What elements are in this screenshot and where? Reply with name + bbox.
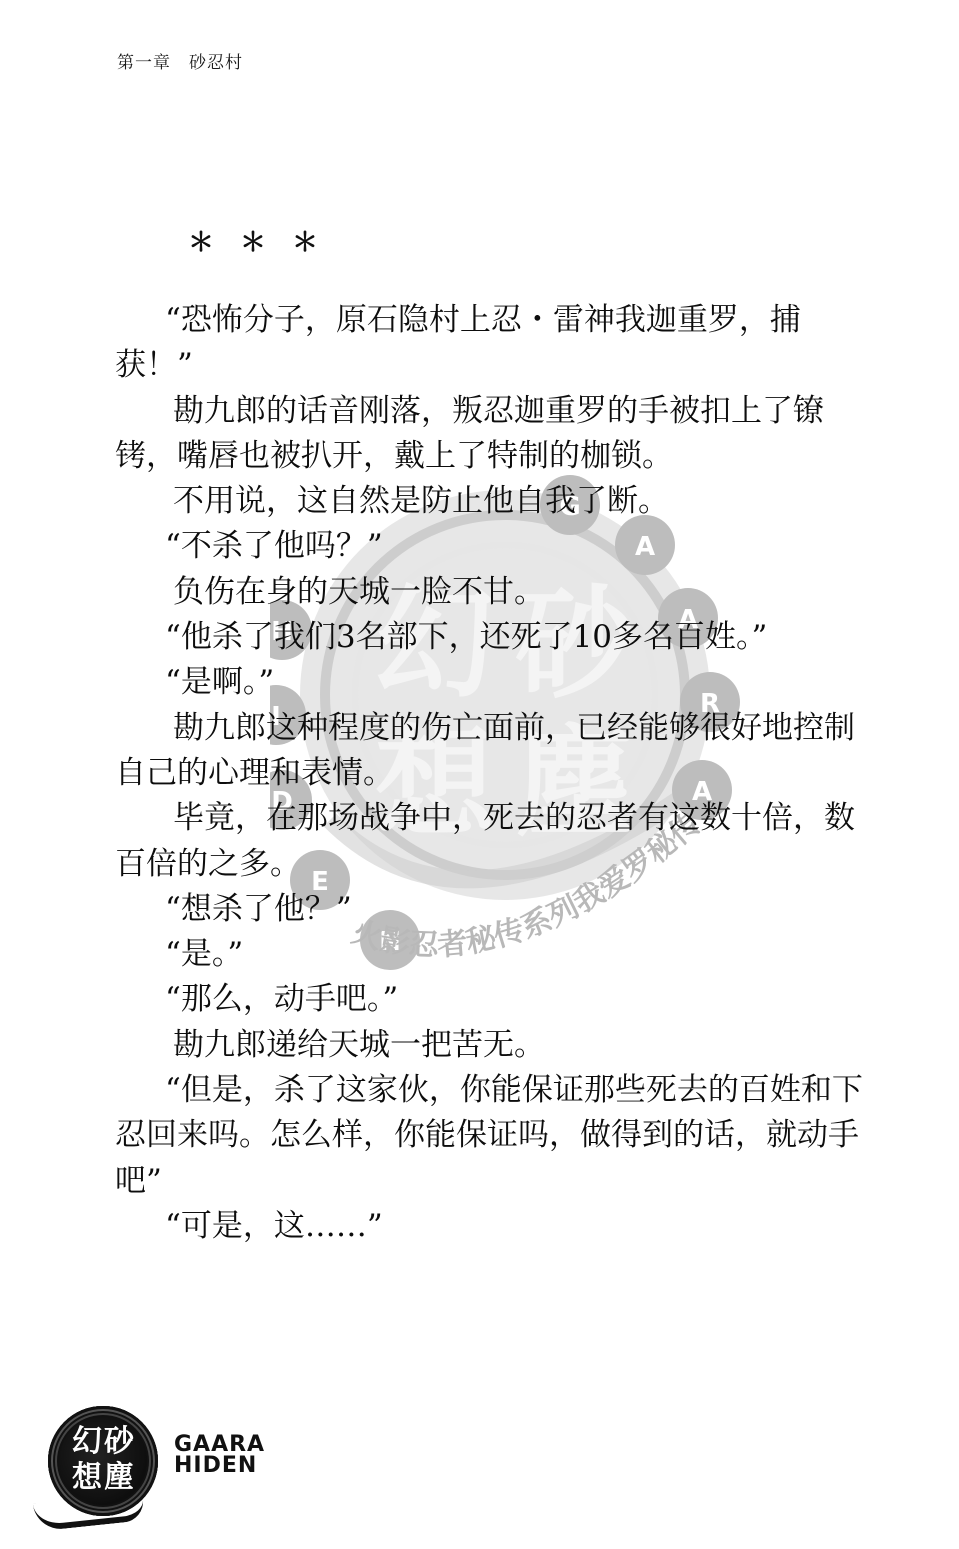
- logo-chars-line2: 想塵: [62, 1460, 146, 1496]
- paragraph: “想杀了他？”: [115, 887, 867, 932]
- logo-chars-line1: 幻砂: [62, 1424, 146, 1460]
- paragraph: “那么，动手吧。”: [115, 977, 867, 1022]
- logo-en-line2: HIDEN: [174, 1455, 265, 1476]
- paragraph: “但是，杀了这家伙，你能保证那些死去的百姓和下忍回来吗。怎么样，你能保证吗，做得…: [115, 1068, 867, 1204]
- paragraph: 不用说，这自然是防止他自我了断。: [115, 479, 867, 524]
- gaara-hiden-logo: 幻砂 想塵 GAARA HIDEN: [34, 1398, 304, 1518]
- paragraph: 负伤在身的天城一脸不甘。: [115, 570, 867, 615]
- paragraph: “不杀了他吗？”: [115, 524, 867, 569]
- paragraph: “是。”: [115, 932, 867, 977]
- logo-en-line1: GAARA: [174, 1434, 265, 1455]
- paragraph: “是啊。”: [115, 660, 867, 705]
- paragraph: 勘九郎的话音刚落，叛忍迦重罗的手被扣上了镣铐，嘴唇也被扒开，戴上了特制的枷锁。: [115, 389, 867, 480]
- paragraph: 毕竟，在那场战争中，死去的忍者有这数十倍，数百倍的之多。: [115, 796, 867, 887]
- paragraph: “他杀了我们3名部下，还死了10多名百姓。”: [115, 615, 867, 660]
- paragraph: “可是，这……”: [115, 1204, 867, 1249]
- logo-chinese-title: 幻砂 想塵: [62, 1424, 146, 1496]
- paragraph: 勘九郎递给天城一把苦无。: [115, 1023, 867, 1068]
- paragraph: “恐怖分子，原石隐村上忍・雷神我迦重罗，捕获！”: [115, 298, 867, 389]
- paragraph: 勘九郎这种程度的伤亡面前，已经能够很好地控制自己的心理和表情。: [115, 706, 867, 797]
- book-page: 第一章 砂忍村 ＊＊＊ G A A R A H I D E N: [0, 0, 959, 1549]
- logo-english-title: GAARA HIDEN: [174, 1434, 265, 1476]
- running-head: 第一章 砂忍村: [117, 48, 243, 73]
- scene-break: ＊＊＊: [188, 222, 344, 259]
- body-text: “恐怖分子，原石隐村上忍・雷神我迦重罗，捕获！” 勘九郎的话音刚落，叛忍迦重罗的…: [115, 298, 867, 1249]
